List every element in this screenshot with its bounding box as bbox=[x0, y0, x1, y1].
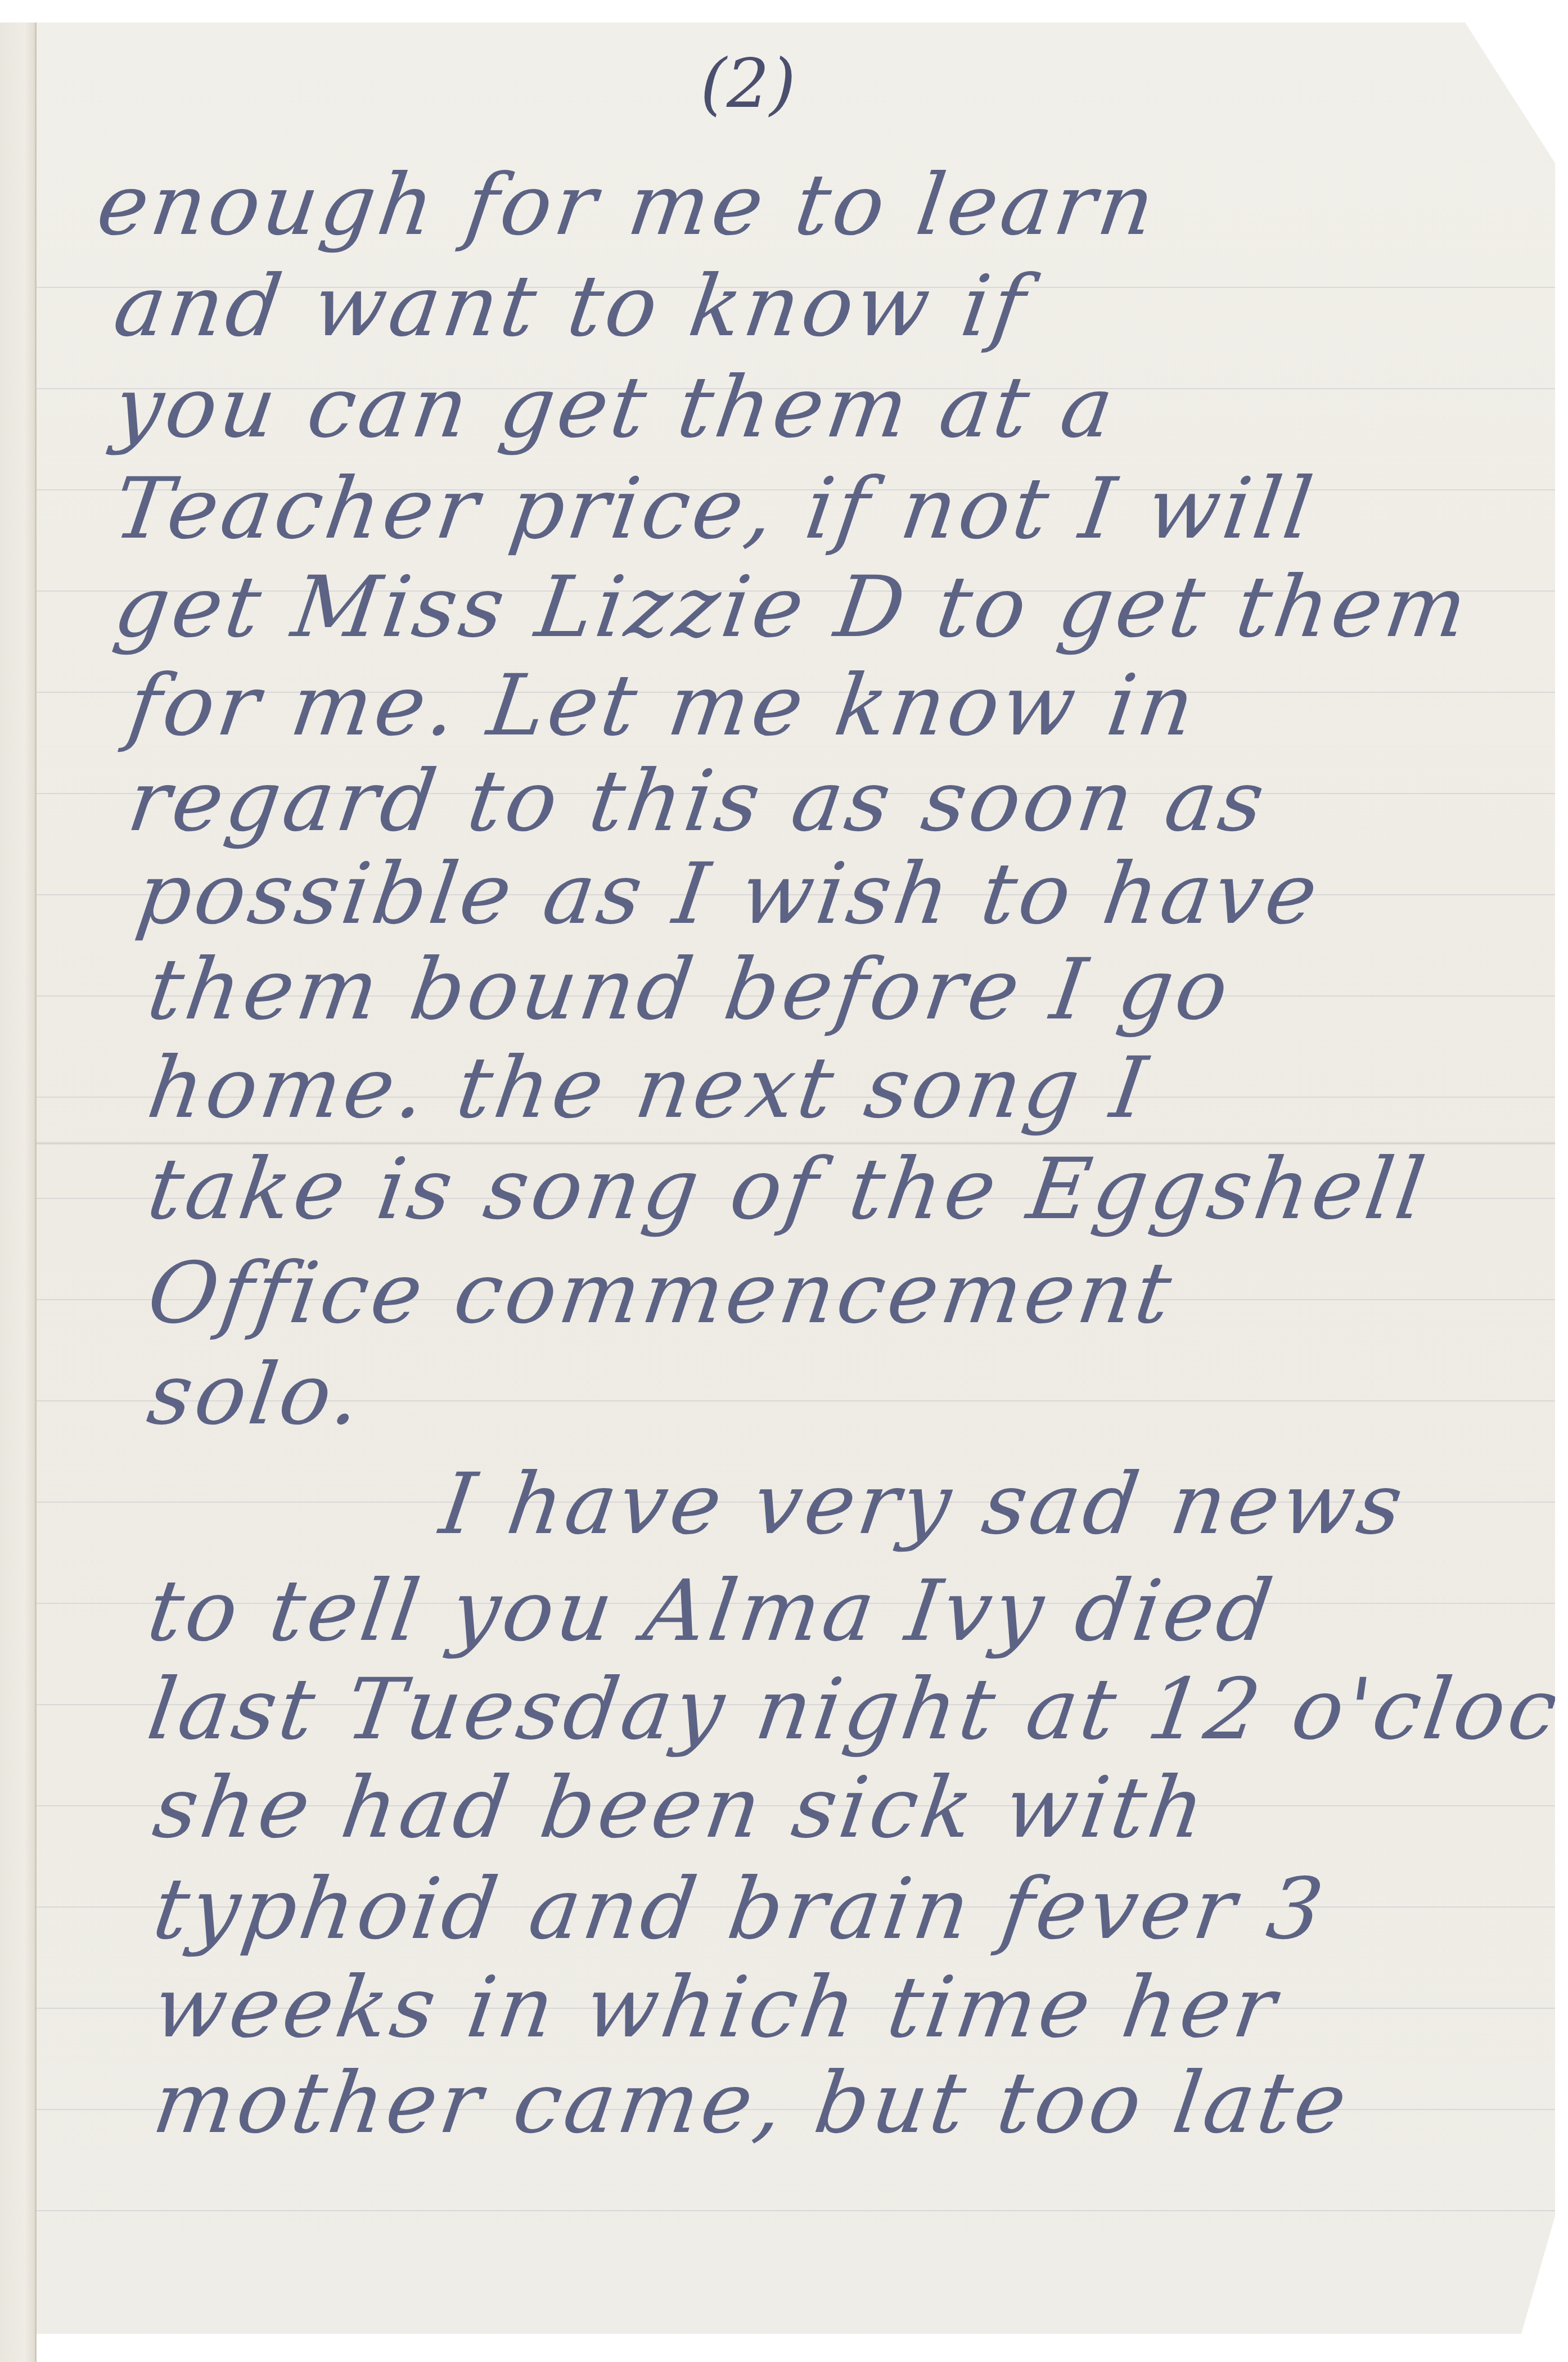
adjacent-page-edge bbox=[0, 22, 37, 2362]
text-line: to tell you Alma Ivy died bbox=[143, 1569, 1280, 1653]
text-line: Office commencement bbox=[143, 1251, 1179, 1336]
text-line: home. the next song I bbox=[143, 1046, 1154, 1130]
text-line: take is song of the Eggshell bbox=[143, 1147, 1432, 1232]
text-line: last Tuesday night at 12 o'clock bbox=[143, 1667, 1568, 1752]
text-line: get Miss Lizzie D to get them bbox=[109, 565, 1475, 650]
text-line: possible as I wish to have bbox=[132, 852, 1325, 936]
text-line: Teacher price, if not I will bbox=[109, 467, 1321, 551]
letter-page: (2) enough for me to learn and want to k… bbox=[37, 22, 1555, 2334]
text-line: and want to know if bbox=[109, 264, 1033, 349]
ruled-line bbox=[37, 2210, 1555, 2211]
text-line: them bound before I go bbox=[143, 948, 1236, 1032]
scanned-letter: (2) enough for me to learn and want to k… bbox=[0, 0, 1568, 2362]
text-line: solo. bbox=[143, 1353, 369, 1437]
text-line: regard to this as soon as bbox=[123, 759, 1272, 844]
page-number: (2) bbox=[700, 45, 796, 123]
text-line: mother came, but too late bbox=[148, 2061, 1354, 2145]
text-line: weeks in which time her bbox=[148, 1966, 1283, 2050]
text-line: typhoid and brain fever 3 bbox=[148, 1867, 1331, 1951]
text-line: you can get them at a bbox=[109, 366, 1121, 450]
text-line: for me. Let me know in bbox=[123, 664, 1202, 748]
text-line: she had been sick with bbox=[148, 1766, 1212, 1850]
text-line-indented: I have very sad news bbox=[435, 1462, 1411, 1547]
text-line: enough for me to learn bbox=[92, 163, 1162, 247]
